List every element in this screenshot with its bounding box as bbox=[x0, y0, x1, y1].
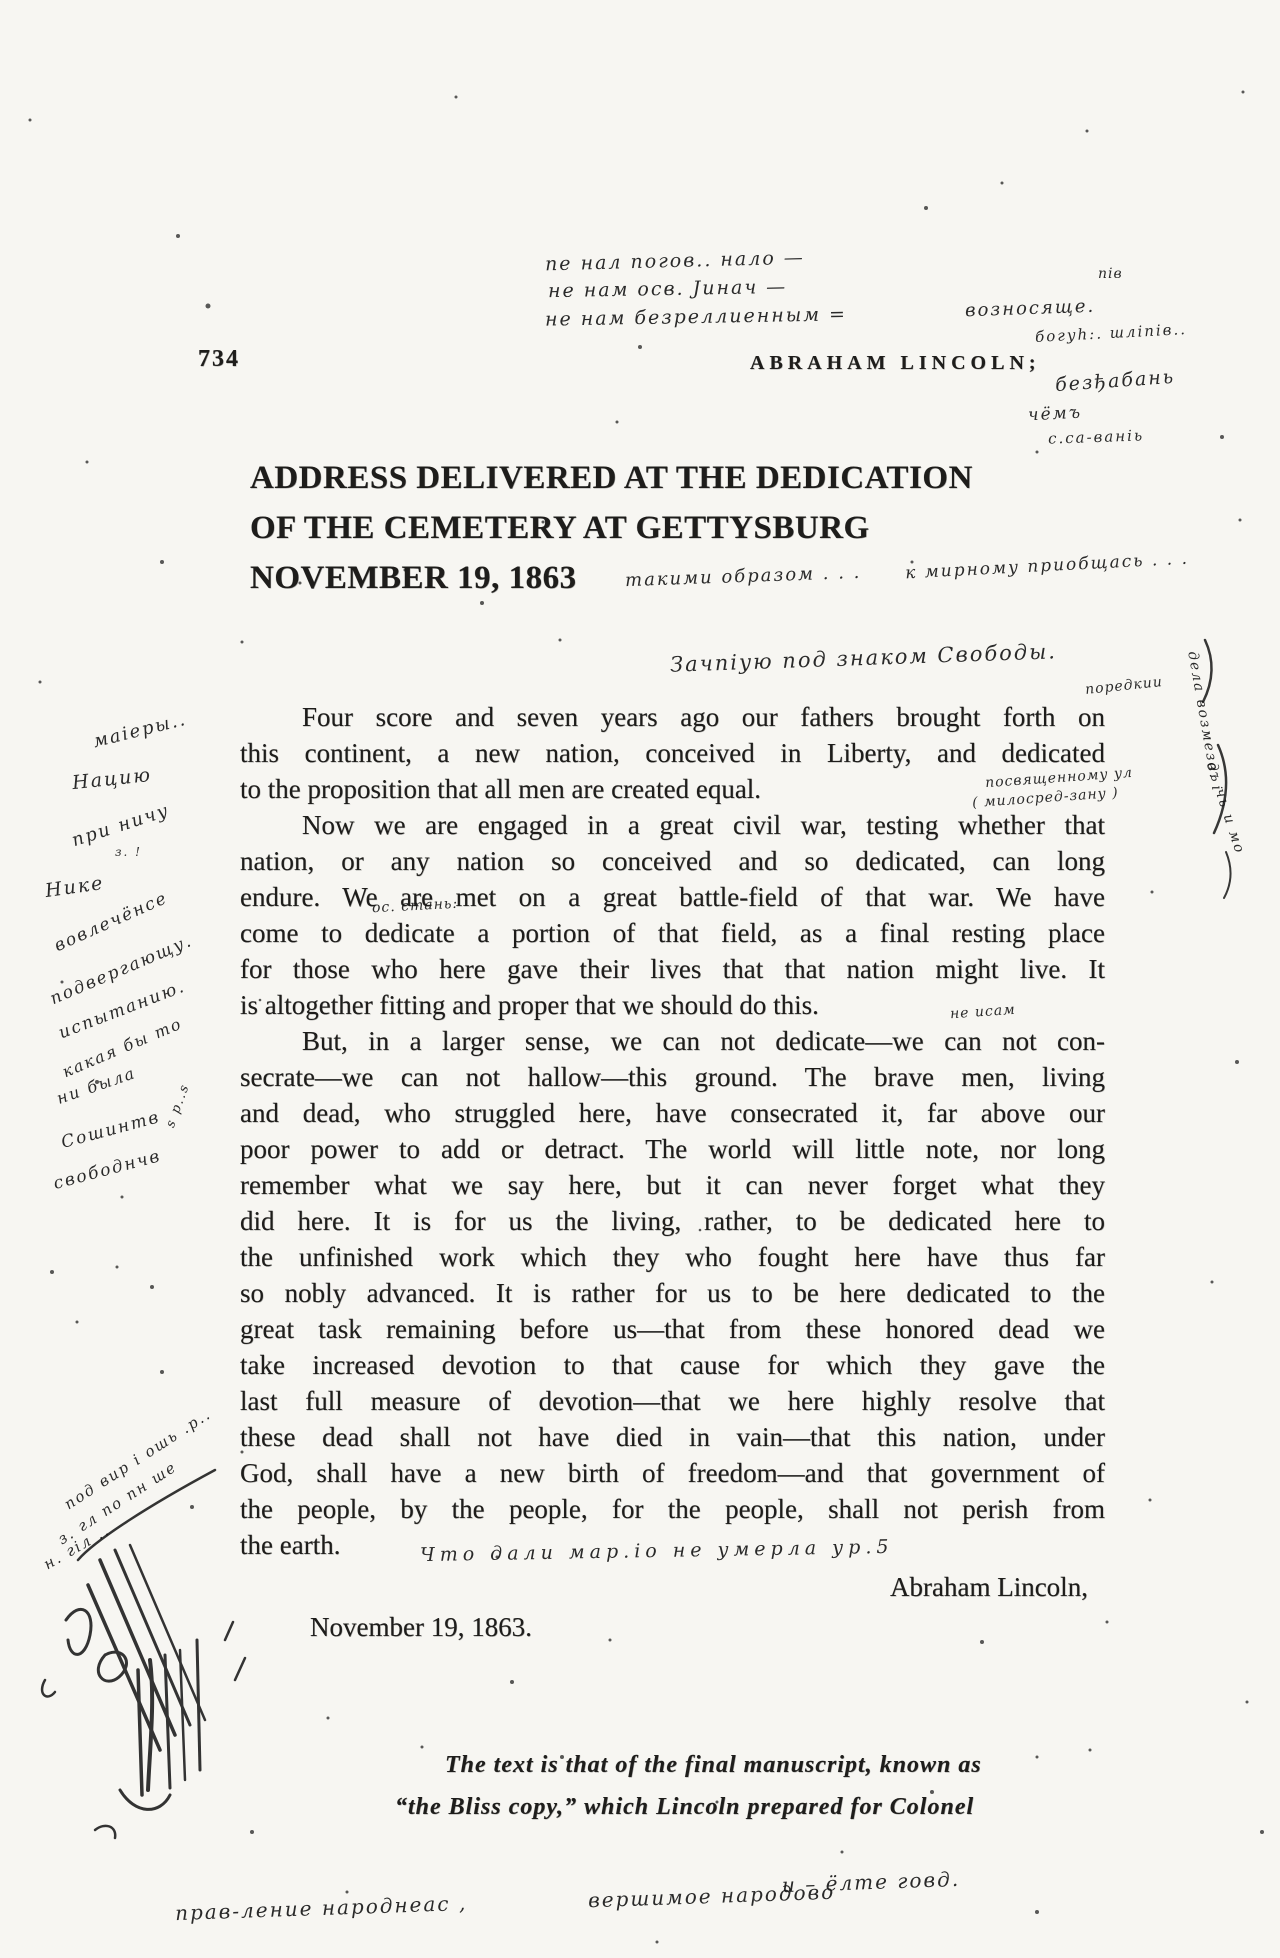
handwritten-annotation-top-1: пе нал погов.. нало — bbox=[545, 247, 805, 276]
handwritten-margin-note: з. ! bbox=[115, 845, 142, 859]
body-line: this continent, a new nation, conceived … bbox=[240, 736, 1105, 770]
body-line: the unfinished work which they who fough… bbox=[240, 1240, 1105, 1274]
handwritten-annotation-top-right-2: богуһ:. шліпів.. bbox=[1035, 320, 1188, 346]
handwritten-annotation-above-on: поредкии bbox=[1084, 674, 1163, 698]
body-line: come to dedicate a portion of that field… bbox=[240, 916, 1105, 950]
handwritten-margin-note-right: въ чь и мо bbox=[1203, 760, 1248, 856]
body-line: But, in a larger sense, we can not dedic… bbox=[240, 1024, 1105, 1058]
handwritten-annotation-bottom-1: прав-ление народнеас , bbox=[175, 1891, 468, 1925]
handwritten-annotation-top-3: не нам безреллиенным = bbox=[545, 303, 847, 330]
handwritten-annotation-top-right-1: возносяще. bbox=[965, 296, 1096, 322]
handwritten-annotation-header-2: чёмъ bbox=[1028, 403, 1083, 426]
body-line: nation, or any nation so conceived and s… bbox=[240, 844, 1105, 878]
body-line: great task remaining before us—that from… bbox=[240, 1312, 1105, 1346]
body-line: poor power to add or detract. The world … bbox=[240, 1132, 1105, 1166]
handwritten-annotation-top-2: не нам осв. Јинач — bbox=[548, 276, 788, 302]
body-line: remember what we say here, but it can ne… bbox=[240, 1168, 1105, 1202]
footnote-line-1: The text is that of the final manuscript… bbox=[445, 1752, 982, 1779]
body-line: the people, by the people, for the peopl… bbox=[240, 1492, 1105, 1526]
page-number: 734 bbox=[198, 346, 240, 373]
running-header: ABRAHAM LINCOLN; bbox=[750, 352, 1041, 375]
body-line: Now we are engaged in a great civil war,… bbox=[240, 808, 1105, 842]
title-line-1: ADDRESS DELIVERED AT THE DEDICATION bbox=[250, 460, 973, 497]
handwritten-annotation-pre-paragraph: Зачпіую под знаком Свободы. bbox=[670, 639, 1058, 676]
handwritten-annotation-header-1: безђабань bbox=[1054, 366, 1175, 396]
handwritten-margin-note: Сошинтв bbox=[59, 1107, 162, 1153]
body-line: Four score and seven years ago our fathe… bbox=[240, 700, 1105, 734]
signature: Abraham Lincoln, bbox=[890, 1572, 1088, 1603]
footnote-line-2: “the Bliss copy,” which Lincoln prepared… bbox=[395, 1794, 974, 1821]
body-line: God, shall have a new birth of freedom—a… bbox=[240, 1456, 1105, 1490]
handwritten-margin-note: при ничу bbox=[69, 800, 172, 851]
title-line-2: OF THE CEMETERY AT GETTYSBURG bbox=[250, 510, 870, 547]
body-line: so nobly advanced. It is rather for us t… bbox=[240, 1276, 1105, 1310]
handwritten-margin-note: свободнчв bbox=[51, 1146, 163, 1194]
body-line: for those who here gave their lives that… bbox=[240, 952, 1105, 986]
body-line: take increased devotion to that cause fo… bbox=[240, 1348, 1105, 1382]
handwritten-annotation-top-small: пів bbox=[1098, 266, 1123, 282]
handwritten-annotation-header-3: с.са-ваніь bbox=[1048, 426, 1145, 447]
handwritten-margin-note: маіеры.. bbox=[91, 709, 189, 753]
handwritten-margin-note: ѕ р..ѕ bbox=[163, 1081, 193, 1129]
handwritten-annotation-after-date-1: такими образом . . . bbox=[625, 562, 862, 591]
date-line: November 19, 1863. bbox=[310, 1612, 532, 1643]
body-line: these dead shall not have died in vain—t… bbox=[240, 1420, 1105, 1454]
body-line: secrate—we can not hallow—this ground. T… bbox=[240, 1060, 1105, 1094]
handwritten-margin-note: Нике bbox=[44, 872, 106, 902]
body-line: and dead, who struggled here, have conse… bbox=[240, 1096, 1105, 1130]
handwritten-annotation-after-date-2: к мирному приобщась . . . bbox=[905, 549, 1190, 584]
body-line: did here. It is for us the living, rathe… bbox=[240, 1204, 1105, 1238]
handwritten-annotation-bottom-3: и – ёлте говд. bbox=[782, 1867, 961, 1897]
title-line-3-date: NOVEMBER 19, 1863 bbox=[250, 560, 577, 597]
body-line: endure. We are met on a great battle-fie… bbox=[240, 880, 1105, 914]
scanned-book-page: пе нал погов.. нало — не нам осв. Јинач … bbox=[0, 0, 1280, 1958]
body-line: last full measure of devotion—that we he… bbox=[240, 1384, 1105, 1418]
handwritten-margin-note: Нацию bbox=[71, 764, 153, 794]
